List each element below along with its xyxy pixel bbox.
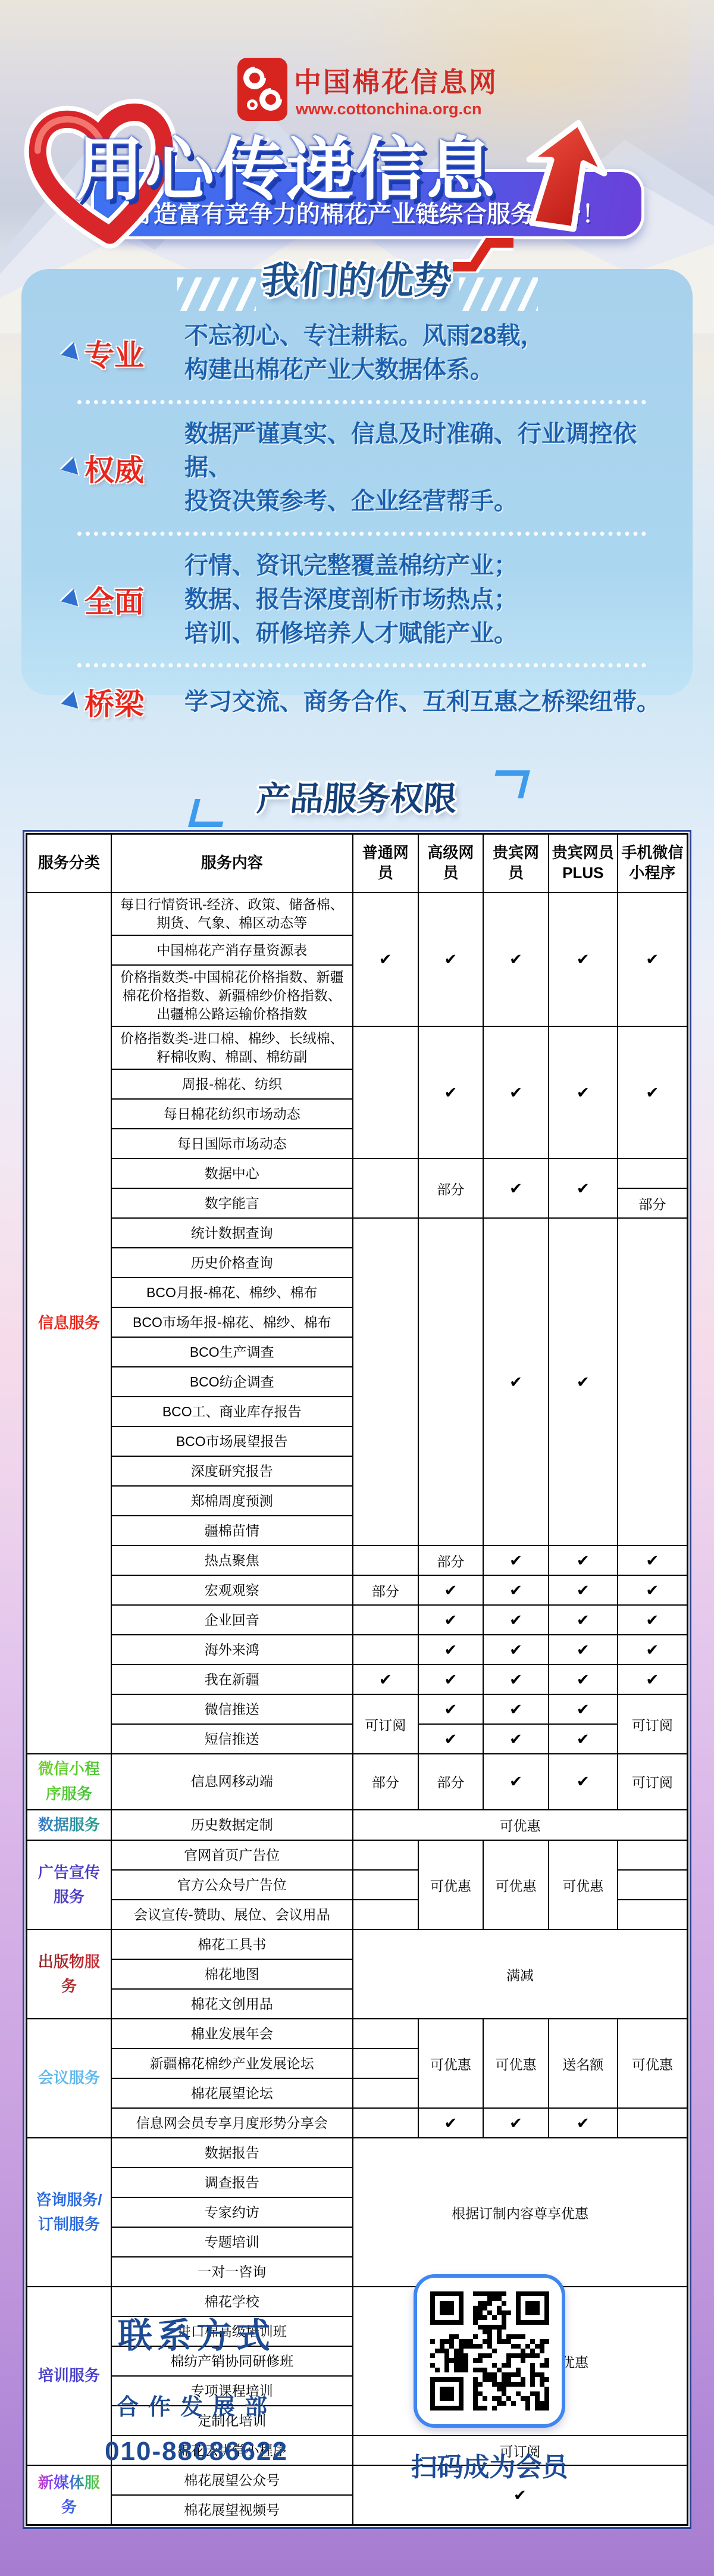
- contact-title: 联系方式: [59, 2308, 333, 2358]
- permission-cell: ✔: [418, 1575, 484, 1605]
- permission-cell: ✔: [549, 1635, 618, 1665]
- permission-cell: 部分: [418, 1159, 484, 1218]
- advantage-keyword: 全面: [84, 578, 144, 621]
- contact-block: 联系方式 合作发展部 010-88086622: [59, 2308, 333, 2466]
- stripes-decoration-left: [177, 277, 256, 311]
- permission-cell: ✔: [483, 1026, 549, 1159]
- advantage-text: 行情、资讯完整覆盖棉纺产业； 数据、报告深度剖析市场热点； 培训、研修培养人才赋…: [184, 549, 518, 650]
- service-cell: 郑棉周度预测: [111, 1486, 353, 1516]
- advantage-keyword: 专业: [84, 332, 144, 374]
- column-header: 高级网员: [418, 834, 484, 893]
- permission-cell: ✔: [418, 1694, 484, 1724]
- permission-cell: 送名额: [549, 2019, 618, 2108]
- column-header: 贵宾网员: [483, 834, 549, 893]
- permission-cell: 可订阅: [618, 1754, 688, 1809]
- permission-cell: ✔: [418, 1605, 484, 1635]
- permission-cell: ✔: [549, 1605, 618, 1635]
- permission-cell: ✔: [549, 1575, 618, 1605]
- permission-cell: ✔: [549, 1545, 618, 1575]
- category-cell: 数据服务: [27, 1810, 111, 1841]
- advantage-item: 桥梁 学习交流、商务合作、互利互惠之桥梁纽带。: [61, 680, 663, 723]
- permission-cell: [353, 1605, 418, 1635]
- service-cell: 数据报告: [111, 2138, 353, 2168]
- permission-cell: ✔: [549, 2108, 618, 2138]
- table-row: 广告宣传服务官网首页广告位可优惠可优惠可优惠: [27, 1840, 688, 1870]
- service-cell: BCO纺企调查: [111, 1367, 353, 1397]
- column-header: 手机微信 小程序: [618, 834, 688, 893]
- service-cell: 历史价格查询: [111, 1248, 353, 1278]
- service-cell: 每日棉花纺织市场动态: [111, 1099, 353, 1129]
- permission-cell: ✔: [483, 1545, 549, 1575]
- table-row: 微信小程序服务信息网移动端部分部分✔✔可订阅: [27, 1754, 688, 1809]
- permission-cell: ✔: [549, 1665, 618, 1694]
- service-cell: 棉花展望视频号: [111, 2495, 353, 2525]
- service-cell: 信息网会员专享月度形势分享会: [111, 2108, 353, 2138]
- table-row: 信息网会员专享月度形势分享会✔✔✔: [27, 2108, 688, 2138]
- permission-cell: 部分: [618, 1188, 688, 1218]
- services-table-frame: 服务分类服务内容普通网员高级网员贵宾网员贵宾网员 PLUS手机微信 小程序信息服…: [23, 830, 691, 2529]
- service-cell: 信息网移动端: [111, 1754, 353, 1809]
- service-cell: BCO市场年报-棉花、棉纱、棉布: [111, 1307, 353, 1337]
- permission-cell: ✔: [418, 892, 484, 1026]
- table-row: 我在新疆✔✔✔✔✔: [27, 1665, 688, 1694]
- service-cell: 调查报告: [111, 2168, 353, 2197]
- permission-cell: [353, 2078, 418, 2108]
- permission-cell: [353, 1218, 418, 1545]
- permission-cell: ✔: [418, 1026, 484, 1159]
- service-cell: 棉花展望公众号: [111, 2465, 353, 2495]
- permission-cell: [353, 1635, 418, 1665]
- permission-cell: [353, 1840, 418, 1870]
- table-row: 海外来鸿✔✔✔✔: [27, 1635, 688, 1665]
- permission-cell: [353, 2049, 418, 2078]
- permission-cell: 部分: [353, 1575, 418, 1605]
- brand-name: 中国棉花信息网: [294, 61, 498, 100]
- table-row: 微信推送可订阅✔✔✔可订阅: [27, 1694, 688, 1724]
- table-row: 信息服务每日行情资讯-经济、政策、储备棉、期货、气象、棉区动态等✔✔✔✔✔: [27, 892, 688, 935]
- service-cell: BCO生产调查: [111, 1337, 353, 1367]
- service-cell: 价格指数类-中国棉花价格指数、新疆棉花价格指数、新疆棉纱价格指数、出疆棉公路运输…: [111, 965, 353, 1026]
- service-cell: 棉花展望论坛: [111, 2078, 353, 2108]
- permission-cell: ✔: [483, 1575, 549, 1605]
- banner-title: 用心传递信息: [0, 114, 571, 214]
- dotted-divider: [77, 400, 646, 404]
- permission-cell: ✔: [618, 1026, 688, 1159]
- permission-cell: ✔: [549, 892, 618, 1026]
- service-cell: 专题培训: [111, 2227, 353, 2257]
- table-row: 统计数据查询✔✔: [27, 1218, 688, 1248]
- table-row: 数据中心部分✔✔: [27, 1159, 688, 1188]
- permission-cell: 部分: [418, 1754, 484, 1809]
- service-cell: 新疆棉花棉纱产业发展论坛: [111, 2049, 353, 2078]
- permission-cell: [618, 1870, 688, 1900]
- service-cell: BCO工、商业库存报告: [111, 1397, 353, 1426]
- service-cell: 棉花地图: [111, 1959, 353, 1989]
- triangle-bullet-icon: [59, 342, 78, 363]
- service-cell: 历史数据定制: [111, 1810, 353, 1841]
- service-cell: 微信推送: [111, 1694, 353, 1724]
- permission-cell: 可优惠: [618, 2019, 688, 2108]
- triangle-bullet-icon: [59, 457, 78, 478]
- permission-cell: ✔: [549, 1159, 618, 1218]
- permission-cell: [353, 1900, 418, 1929]
- column-header: 贵宾网员 PLUS: [549, 834, 618, 893]
- permission-cell: ✔: [483, 1218, 549, 1545]
- brand-logo-icon: [237, 57, 288, 121]
- service-cell: 中国棉花产消存量资源表: [111, 935, 353, 965]
- category-cell: 咨询服务/订制服务: [27, 2138, 111, 2287]
- table-row: 出版物服务棉花工具书满减: [27, 1929, 688, 1959]
- service-cell: 疆棉苗情: [111, 1516, 353, 1545]
- advantage-keyword: 权威: [84, 446, 144, 489]
- permission-cell: [418, 1218, 484, 1545]
- table-row: 热点聚焦部分✔✔✔: [27, 1545, 688, 1575]
- permission-cell: [353, 2108, 418, 2138]
- service-cell: 会议宣传-赞助、展位、会议用品: [111, 1900, 353, 1929]
- poster-page: 中国棉花信息网 www.cottonchina.org.cn 打造富有竞争力的棉…: [0, 0, 714, 2576]
- column-header: 服务分类: [27, 834, 111, 893]
- service-cell: 棉花工具书: [111, 1929, 353, 1959]
- service-cell: 每日国际市场动态: [111, 1129, 353, 1159]
- category-cell: 信息服务: [27, 892, 111, 1754]
- table-row: 数据服务历史数据定制可优惠: [27, 1810, 688, 1841]
- permission-cell: ✔: [618, 1575, 688, 1605]
- advantage-item: 全面 行情、资讯完整覆盖棉纺产业； 数据、报告深度剖析市场热点； 培训、研修培养…: [61, 549, 663, 650]
- permission-cell: ✔: [418, 1635, 484, 1665]
- service-cell: 数字能言: [111, 1188, 353, 1218]
- advantage-text: 不忘初心、专注耕耘。风雨28载， 构建出棉花产业大数据体系。: [184, 319, 544, 387]
- permission-cell: ✔: [549, 1694, 618, 1724]
- permission-cell: 部分: [353, 1754, 418, 1809]
- permission-cell: ✔: [549, 1218, 618, 1545]
- permission-cell: 可优惠: [418, 2019, 484, 2108]
- service-cell: 棉业发展年会: [111, 2019, 353, 2049]
- service-cell: 海外来鸿: [111, 1635, 353, 1665]
- table-row: 价格指数类-进口棉、棉纱、长绒棉、籽棉收购、棉副、棉纺副✔✔✔✔: [27, 1026, 688, 1069]
- permission-cell: ✔: [483, 2108, 549, 2138]
- advantage-keyword: 桥梁: [84, 680, 144, 723]
- contact-department: 合作发展部: [59, 2388, 333, 2421]
- stripes-decoration-right: [459, 277, 538, 311]
- advantage-text: 数据严谨真实、信息及时准确、行业调控依据、 投资决策参考、企业经营帮手。: [184, 417, 663, 519]
- service-cell: 官方公众号广告位: [111, 1870, 353, 1900]
- qr-caption: 扫码成为会员: [390, 2446, 589, 2484]
- services-table: 服务分类服务内容普通网员高级网员贵宾网员贵宾网员 PLUS手机微信 小程序信息服…: [26, 833, 688, 2526]
- advantages-panel: 专业 不忘初心、专注耕耘。风雨28载， 构建出棉花产业大数据体系。 权威 数据严…: [21, 269, 693, 695]
- permission-cell: [353, 1545, 418, 1575]
- permission-cell: ✔: [549, 1754, 618, 1809]
- column-header: 普通网员: [353, 834, 418, 893]
- permission-cell: 可优惠: [483, 1840, 549, 1929]
- advantage-item: 权威 数据严谨真实、信息及时准确、行业调控依据、 投资决策参考、企业经营帮手。: [61, 417, 663, 519]
- service-cell: 短信推送: [111, 1724, 353, 1754]
- permission-cell: ✔: [549, 1724, 618, 1754]
- triangle-bullet-icon: [59, 589, 78, 610]
- permission-cell: [618, 1159, 688, 1188]
- permission-cell: 可订阅: [353, 1694, 418, 1754]
- services-title-wrap: 产品服务权限: [0, 773, 714, 820]
- dotted-divider: [77, 532, 646, 536]
- service-cell: 数据中心: [111, 1159, 353, 1188]
- red-swoosh-icon: [450, 236, 516, 273]
- service-cell: 棉花文创用品: [111, 1989, 353, 2019]
- permission-cell: [618, 1218, 688, 1545]
- contact-phone: 010-88086622: [59, 2437, 333, 2466]
- service-cell: 深度研究报告: [111, 1456, 353, 1486]
- table-row: 宏观观察部分✔✔✔✔: [27, 1575, 688, 1605]
- table-row: 咨询服务/订制服务数据报告根据订制内容尊享优惠: [27, 2138, 688, 2168]
- permission-cell: 满减: [353, 1929, 688, 2019]
- permission-cell: [618, 1840, 688, 1870]
- service-cell: 价格指数类-进口棉、棉纱、长绒棉、籽棉收购、棉副、棉纺副: [111, 1026, 353, 1069]
- permission-cell: ✔: [353, 1665, 418, 1694]
- dotted-divider: [77, 663, 646, 667]
- bracket-right-icon: [489, 770, 530, 798]
- advantage-text: 学习交流、商务合作、互利互惠之桥梁纽带。: [184, 685, 660, 719]
- service-cell: BCO月报-棉花、棉纱、棉布: [111, 1278, 353, 1307]
- permission-cell: ✔: [418, 1665, 484, 1694]
- permission-cell: ✔: [549, 1026, 618, 1159]
- permission-cell: ✔: [618, 1605, 688, 1635]
- service-cell: 热点聚焦: [111, 1545, 353, 1575]
- service-cell: 宏观观察: [111, 1575, 353, 1605]
- permission-cell: ✔: [483, 1159, 549, 1218]
- permission-cell: ✔: [483, 1665, 549, 1694]
- permission-cell: 可优惠: [549, 1840, 618, 1929]
- category-cell: 微信小程序服务: [27, 1754, 111, 1809]
- service-cell: 每日行情资讯-经济、政策、储备棉、期货、气象、棉区动态等: [111, 892, 353, 935]
- permission-cell: 可优惠: [418, 1840, 484, 1929]
- permission-cell: [618, 1900, 688, 1929]
- service-cell: 官网首页广告位: [111, 1840, 353, 1870]
- category-cell: 广告宣传服务: [27, 1840, 111, 1929]
- service-cell: 企业回音: [111, 1605, 353, 1635]
- permission-cell: ✔: [618, 1635, 688, 1665]
- permission-cell: [353, 1159, 418, 1218]
- permission-cell: [353, 1026, 418, 1159]
- header-row: 服务分类服务内容普通网员高级网员贵宾网员贵宾网员 PLUS手机微信 小程序: [27, 834, 688, 893]
- permission-cell: ✔: [618, 1665, 688, 1694]
- permission-cell: 可订阅: [618, 1694, 688, 1754]
- bracket-left-icon: [188, 799, 229, 827]
- permission-cell: ✔: [418, 2108, 484, 2138]
- table-row: 企业回音✔✔✔✔: [27, 1605, 688, 1635]
- category-cell: 会议服务: [27, 2019, 111, 2138]
- advantages-title: 我们的优势: [0, 250, 714, 305]
- permission-cell: 根据订制内容尊享优惠: [353, 2138, 688, 2287]
- permission-cell: [618, 2108, 688, 2138]
- category-cell: 出版物服务: [27, 1929, 111, 2019]
- permission-cell: ✔: [483, 1724, 549, 1754]
- permission-cell: ✔: [483, 1635, 549, 1665]
- permission-cell: ✔: [483, 892, 549, 1026]
- advantage-item: 专业 不忘初心、专注耕耘。风雨28载， 构建出棉花产业大数据体系。: [61, 319, 663, 387]
- category-cell: 新媒体服务: [27, 2465, 111, 2525]
- permission-cell: ✔: [483, 1754, 549, 1809]
- triangle-bullet-icon: [59, 692, 78, 713]
- service-cell: BCO市场展望报告: [111, 1426, 353, 1456]
- service-cell: 统计数据查询: [111, 1218, 353, 1248]
- service-cell: 专家约访: [111, 2197, 353, 2227]
- qr-code: [430, 2291, 549, 2410]
- service-cell: 周报-棉花、纺织: [111, 1069, 353, 1099]
- permission-cell: 可优惠: [353, 1810, 688, 1841]
- permission-cell: [353, 1870, 418, 1900]
- permission-cell: ✔: [618, 892, 688, 1026]
- permission-cell: ✔: [483, 1694, 549, 1724]
- permission-cell: ✔: [353, 892, 418, 1026]
- permission-cell: 可优惠: [483, 2019, 549, 2108]
- permission-cell: [353, 2019, 418, 2049]
- column-header: 服务内容: [111, 834, 353, 893]
- services-title: 产品服务权限: [255, 773, 459, 820]
- permission-cell: ✔: [483, 1605, 549, 1635]
- permission-cell: ✔: [618, 1545, 688, 1575]
- up-arrow-icon: [519, 118, 608, 240]
- qr-card: [414, 2274, 565, 2428]
- table-row: 会议服务棉业发展年会可优惠可优惠送名额可优惠: [27, 2019, 688, 2049]
- permission-cell: ✔: [418, 1724, 484, 1754]
- service-cell: 一对一咨询: [111, 2257, 353, 2287]
- service-cell: 我在新疆: [111, 1665, 353, 1694]
- permission-cell: 部分: [418, 1545, 484, 1575]
